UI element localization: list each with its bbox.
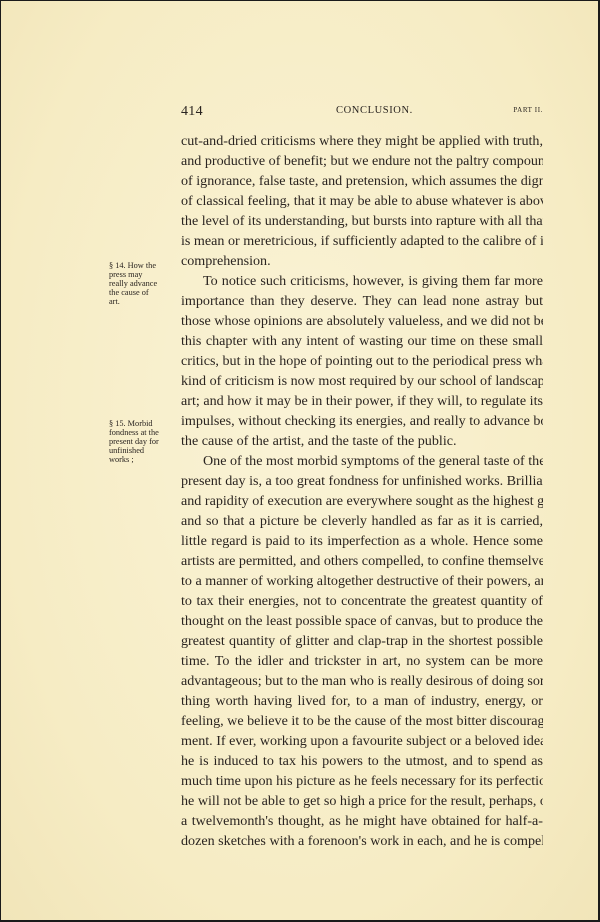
text-line: and so that a picture be cleverly handle… [181,511,543,531]
text-line: he will not be able to get so high a pri… [181,791,543,811]
text-line: the level of its understanding, but burs… [181,211,543,231]
text-line: feeling, we believe it to be the cause o… [181,711,543,731]
sidenote-line: really advance [109,279,179,288]
sidenote-line: fondness at the [109,428,179,437]
sidenote-line: art. [109,297,179,306]
text-line: of classical feeling, that it may be abl… [181,191,543,211]
body-text: cut-and-dried criticisms where they migh… [181,131,543,851]
book-page: 414 CONCLUSION. PART II. § 14. How the p… [1,1,598,920]
text-line: importance than they deserve. They can l… [181,291,543,311]
text-line: to tax their energies, not to concentrat… [181,591,543,611]
text-line: artists are permitted, and others compel… [181,551,543,571]
paragraph-3: One of the most morbid symptoms of the g… [181,451,543,851]
sidenote-section-15: § 15. Morbid fondness at the present day… [109,419,179,464]
sidenote-line: unfinished [109,446,179,455]
text-line: time. To the idler and trickster in art,… [181,651,543,671]
text-line: advantageous; but to the man who is real… [181,671,543,691]
text-line: is mean or meretricious, if sufficiently… [181,231,543,251]
sidenote-line: the cause of [109,288,179,297]
text-line: he is induced to tax his powers to the u… [181,751,543,771]
text-line: impulses, without checking its energies,… [181,411,543,431]
text-line: and productive of benefit; but we endure… [181,151,543,171]
text-line: the cause of the artist, and the taste o… [181,431,543,451]
sidenote-section-14: § 14. How the press may really advance t… [109,261,179,306]
sidenote-line: § 15. Morbid [109,419,179,428]
page-number: 414 [181,104,203,120]
sidenote-line: press may [109,270,179,279]
text-line: art; and how it may be in their power, i… [181,391,543,411]
text-line: much time upon his picture as he feels n… [181,771,543,791]
sidenote-line: works ; [109,455,179,464]
paragraph-2: To notice such criticisms, however, is g… [181,271,543,451]
chapter-title: CONCLUSION. [336,105,413,116]
text-line: those whose opinions are absolutely valu… [181,311,543,331]
part-label: PART II. [513,106,543,114]
text-line: a twelvemonth's thought, as he might hav… [181,811,543,831]
text-line: critics, but in the hope of pointing out… [181,351,543,371]
text-line: to a manner of working altogether destru… [181,571,543,591]
running-head: 414 CONCLUSION. PART II. [181,104,543,120]
text-line: One of the most morbid symptoms of the g… [181,451,543,471]
text-line: greatest quantity of glitter and clap-tr… [181,631,543,651]
text-line: and rapidity of execution are everywhere… [181,491,543,511]
sidenote-line: present day for [109,437,179,446]
text-line: thought on the least possible space of c… [181,611,543,631]
text-line: little regard is paid to its imperfectio… [181,531,543,551]
text-line: dozen sketches with a forenoon's work in… [181,831,543,851]
paragraph-1: cut-and-dried criticisms where they migh… [181,131,543,271]
text-line: ment. If ever, working upon a favourite … [181,731,543,751]
text-line: of ignorance, false taste, and pretensio… [181,171,543,191]
text-line: To notice such criticisms, however, is g… [181,271,543,291]
text-line: this chapter with any intent of wasting … [181,331,543,351]
text-line: thing worth having lived for, to a man o… [181,691,543,711]
text-line: cut-and-dried criticisms where they migh… [181,131,543,151]
text-line: present day is, a too great fondness for… [181,471,543,491]
text-line: comprehension. [181,251,543,271]
text-line: kind of criticism is now most required b… [181,371,543,391]
sidenote-line: § 14. How the [109,261,179,270]
